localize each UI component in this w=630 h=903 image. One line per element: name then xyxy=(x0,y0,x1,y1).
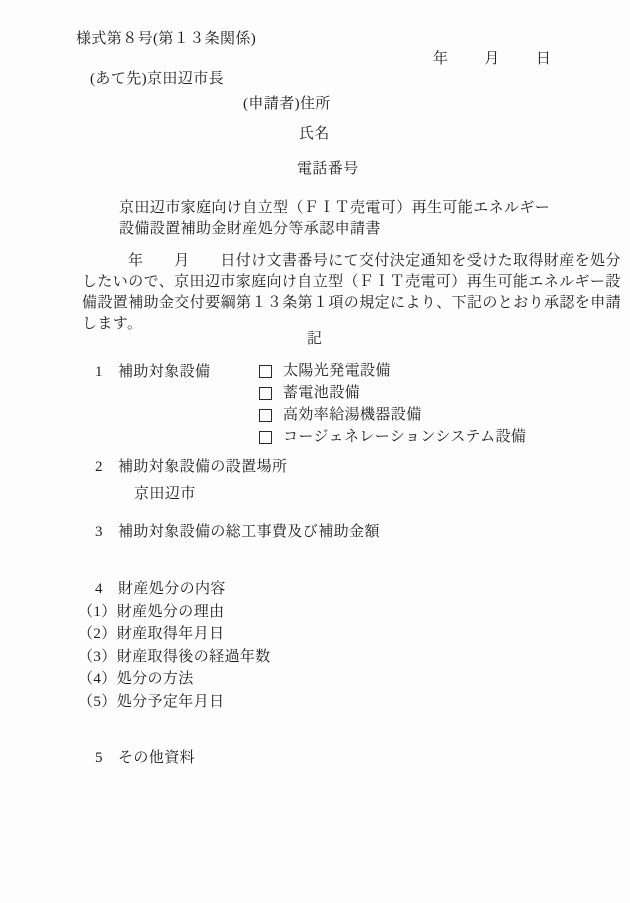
section2-number: 2 xyxy=(95,458,103,477)
checkbox-solar-label: 太陽光発電設備 xyxy=(283,362,391,381)
checkbox-cogeneration-icon xyxy=(259,431,272,444)
checkbox-water-heater-label: 高効率給湯機器設備 xyxy=(283,406,422,425)
date-day-label: 日 xyxy=(536,50,551,69)
section5-number: 5 xyxy=(95,749,103,768)
body-paragraph-line2: したいので、京田辺市家庭向け自立型（ＦＩＴ売電可）再生可能エネルギー設 xyxy=(82,273,621,292)
section4-item-2: （2）財産取得年月日 xyxy=(78,625,225,644)
date-month-label: 月 xyxy=(484,50,499,69)
document-title-line2: 設備設置補助金財産処分等承認申請書 xyxy=(119,220,381,239)
section4-item-4: （4）処分の方法 xyxy=(78,670,194,689)
section4-item-3: （3）財産取得後の経過年数 xyxy=(78,648,271,667)
section3-label: 補助対象設備の総工事費及び補助金額 xyxy=(118,523,380,542)
checkbox-battery-icon xyxy=(259,387,272,400)
applicant-address-label: (申請者)住所 xyxy=(243,95,331,114)
checkbox-row-cogeneration: コージェネレーションシステム設備 xyxy=(259,428,526,447)
section1-number: 1 xyxy=(95,363,103,382)
checkbox-water-heater-icon xyxy=(259,409,272,422)
checkbox-row-solar: 太陽光発電設備 xyxy=(259,362,391,381)
date-year-label: 年 xyxy=(433,50,448,69)
form-number: 様式第８号(第１３条関係) xyxy=(76,30,256,49)
body-paragraph-line3: 備設置補助金交付要綱第１３条第１項の規定により、下記のとおり承認を申請 xyxy=(82,294,621,313)
section4-label: 財産処分の内容 xyxy=(118,580,226,599)
section4-item-5: （5）処分予定年月日 xyxy=(78,693,225,712)
section3-number: 3 xyxy=(95,523,103,542)
checkbox-row-battery: 蓄電池設備 xyxy=(259,384,360,403)
section5-label: その他資料 xyxy=(118,749,195,768)
date-line: 年 月 日 xyxy=(433,50,551,69)
applicant-phone-label: 電話番号 xyxy=(297,160,359,179)
checkbox-battery-label: 蓄電池設備 xyxy=(283,384,360,403)
section4-number: 4 xyxy=(95,580,103,599)
section4-item-1: （1）財産処分の理由 xyxy=(78,603,225,622)
addressee: (あて先)京田辺市長 xyxy=(90,70,224,89)
applicant-name-label: 氏名 xyxy=(299,125,330,144)
body-paragraph-line1: 年 月 日付け文書番号にて交付決定通知を受けた取得財産を処分 xyxy=(128,252,621,271)
section1-label: 補助対象設備 xyxy=(118,363,210,382)
document-title-line1: 京田辺市家庭向け自立型（ＦＩＴ売電可）再生可能エネルギー xyxy=(119,199,550,218)
checkbox-solar-icon xyxy=(259,365,272,378)
checkbox-row-water-heater: 高効率給湯機器設備 xyxy=(259,406,422,425)
section2-label: 補助対象設備の設置場所 xyxy=(118,458,287,477)
application-form-page: 様式第８号(第１３条関係) 年 月 日 (あて先)京田辺市長 (申請者)住所 氏… xyxy=(0,0,630,903)
checkbox-cogeneration-label: コージェネレーションシステム設備 xyxy=(283,428,526,447)
section2-value: 京田辺市 xyxy=(134,485,196,504)
ki-marker: 記 xyxy=(0,330,630,349)
